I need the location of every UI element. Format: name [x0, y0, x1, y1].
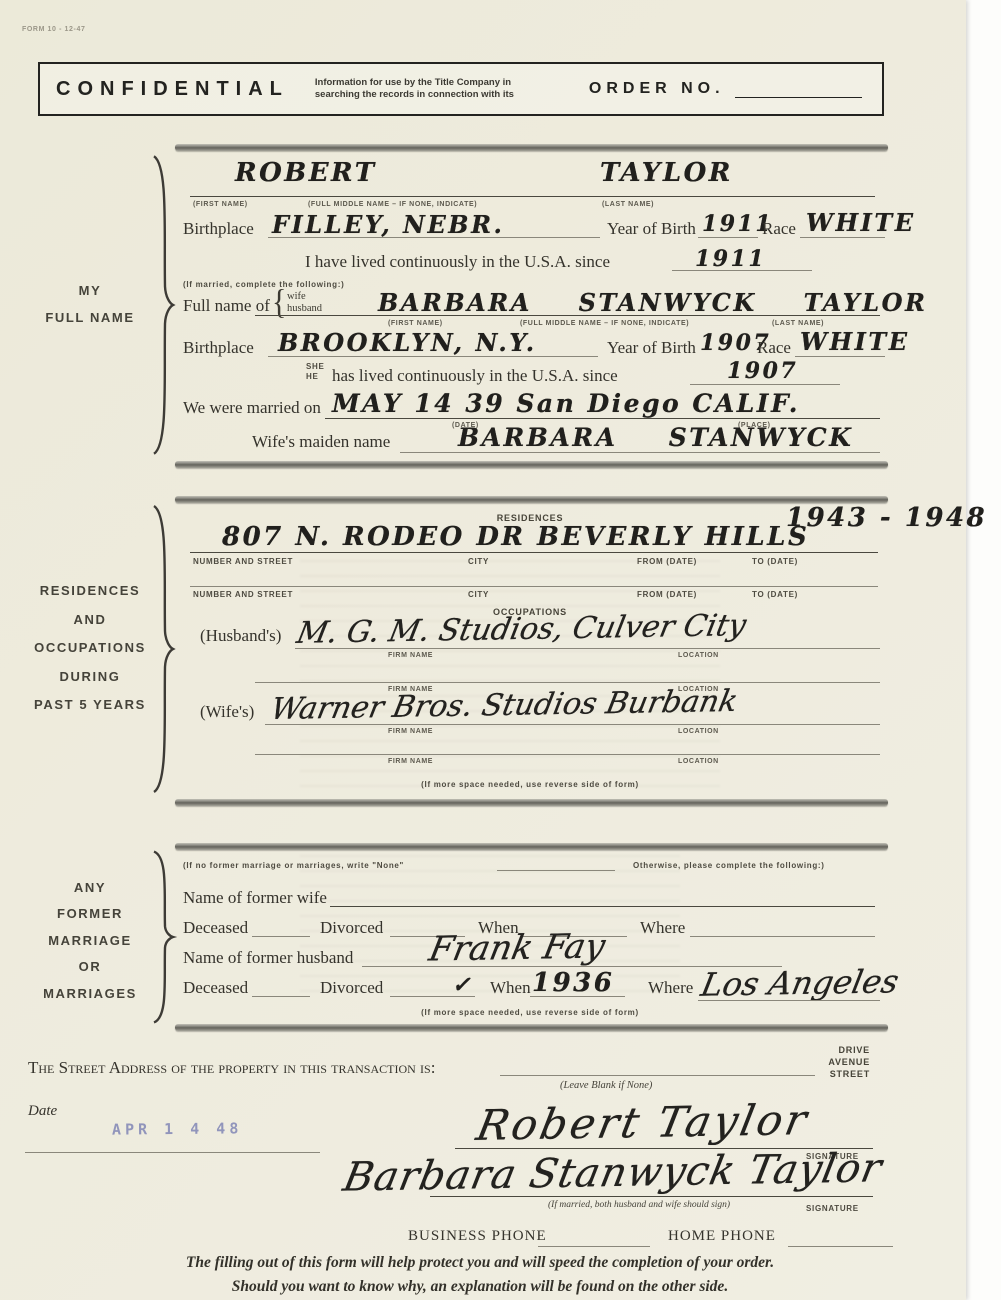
section-brace-full-name [150, 150, 176, 460]
first-name-sublabel: (FIRST NAME) [193, 201, 248, 208]
street-address-label: The Street Address of the property in th… [28, 1058, 435, 1078]
lived-usa-text: I have lived continuously in the U.S.A. … [305, 252, 610, 272]
where-value-handwritten: Los Angeles [698, 962, 902, 1003]
field-line [530, 996, 625, 997]
spouse-lived-since-value: 1907 [727, 358, 798, 384]
spouse-race-label: Race [757, 338, 791, 358]
spouse-last-name-sublabel: (LAST NAME) [772, 320, 824, 327]
field-line [698, 1000, 880, 1001]
street-type-drive: DRIVE [815, 1044, 870, 1056]
lived-usa-since-value: 1911 [695, 246, 766, 272]
footer-line-2: Should you want to know why, an explanat… [80, 1278, 880, 1296]
spouse-first-name-sublabel: (FIRST NAME) [388, 320, 443, 327]
firm-name-sublabel-4: FIRM NAME [388, 758, 433, 765]
deceased-label-2: Deceased [183, 978, 248, 998]
confidential-note: Information for use by the Title Company… [315, 77, 567, 102]
field-line [268, 237, 600, 238]
footer-line-1: The filling out of this form will help p… [80, 1254, 880, 1272]
husband-word: husband [287, 303, 322, 314]
divorced-label-1: Divorced [320, 918, 383, 938]
maiden-name-label: Wife's maiden name [252, 432, 390, 452]
residence-address-handwritten: 807 N. RODEO DR BEVERLY HILLS [222, 522, 809, 552]
field-line [295, 648, 880, 649]
sidebar-residences-3: OCCUPATIONS [25, 640, 155, 655]
spouse-lived-text: has lived continuously in the U.S.A. sin… [332, 366, 618, 386]
sidebar-residences-1: RESIDENCES [25, 583, 155, 598]
signature-line [430, 1196, 873, 1197]
field-line [500, 1075, 815, 1076]
col-number-street-1: NUMBER AND STREET [193, 557, 293, 566]
husband-occupation-label: (Husband's) [200, 626, 281, 646]
married-on-value: MAY 14 39 San Diego CALIF. [332, 389, 800, 418]
field-line [255, 682, 880, 683]
signature-label-2: SIGNATURE [806, 1204, 859, 1213]
race-value: WHITE [806, 208, 916, 237]
sidebar-former-4: OR [25, 959, 155, 974]
spouse-year-of-birth-label: Year of Birth [607, 338, 696, 358]
field-line [538, 1246, 650, 1247]
married-on-label: We were married on [183, 398, 321, 418]
sidebar-residences-4: DURING [25, 669, 155, 684]
wife-husband-brace: { [272, 283, 286, 322]
former-husband-label: Name of former husband [183, 948, 353, 968]
confidential-note-line1: Information for use by the Title Company… [315, 77, 511, 88]
field-line [672, 270, 812, 271]
home-phone-label: HOME PHONE [668, 1228, 776, 1245]
field-line [690, 936, 875, 937]
he-word: HE [306, 372, 319, 381]
firm-name-sublabel-1: FIRM NAME [388, 652, 433, 659]
col-from-date-2: FROM (DATE) [637, 590, 697, 599]
full-name-of-label: Full name of [183, 296, 270, 316]
maiden-name-value: BARBARA STANWYCK [458, 423, 853, 452]
deceased-label-1: Deceased [183, 918, 248, 938]
field-line [690, 384, 840, 385]
col-city-2: CITY [468, 590, 489, 599]
more-space-note-residences: (If more space needed, use reverse side … [360, 780, 700, 789]
street-type-avenue: AVENUE [815, 1056, 870, 1068]
field-line [788, 1246, 893, 1247]
when-value-handwritten: 1936 [532, 968, 614, 998]
field-line [190, 586, 878, 587]
col-number-street-2: NUMBER AND STREET [193, 590, 293, 599]
section-brace-residences [150, 500, 176, 798]
spouse-birthplace-label: Birthplace [183, 338, 254, 358]
wife-occupation-label: (Wife's) [200, 702, 254, 722]
field-line [268, 356, 598, 357]
location-sublabel-1: LOCATION [678, 652, 719, 659]
spouse-race-value: WHITE [800, 327, 910, 356]
field-line [252, 996, 310, 997]
year-of-birth-label: Year of Birth [607, 219, 696, 239]
separator-bar [175, 144, 888, 151]
field-line [800, 237, 885, 238]
former-husband-handwritten: Frank Fay [426, 926, 609, 969]
business-phone-label: BUSINESS PHONE [408, 1228, 547, 1245]
field-line [698, 237, 758, 238]
last-name-sublabel: (LAST NAME) [602, 201, 654, 208]
birthplace-value: FILLEY, NEBR. [272, 210, 504, 239]
scanned-form-page: FORM 10 - 12-47 CONFIDENTIAL Information… [0, 0, 966, 1300]
sidebar-label-my-full-name-2: FULL NAME [25, 310, 155, 325]
field-line [795, 356, 885, 357]
middle-name-sublabel: (FULL MIDDLE NAME – IF NONE, INDICATE) [308, 201, 477, 208]
location-sublabel-3: LOCATION [678, 728, 719, 735]
sidebar-residences-5: PAST 5 YEARS [25, 697, 155, 712]
separator-bar [175, 496, 888, 503]
birthplace-label: Birthplace [183, 219, 254, 239]
where-label-2: Where [648, 978, 693, 998]
both-sign-note: (If married, both husband and wife shoul… [548, 1200, 730, 1210]
field-line [325, 418, 880, 419]
race-label: Race [762, 219, 796, 239]
spouse-birthplace-value: BROOKLYN, N.Y. [278, 328, 537, 357]
field-line [400, 452, 880, 453]
confidential-header-box: CONFIDENTIAL Information for use by the … [38, 62, 884, 116]
field-line [255, 315, 880, 316]
field-line [265, 724, 880, 725]
divorced-label-2: Divorced [320, 978, 383, 998]
sidebar-residences-2: AND [25, 612, 155, 627]
order-no-line [735, 81, 862, 98]
leave-blank-note: (Leave Blank if None) [560, 1080, 652, 1091]
firm-name-sublabel-3: FIRM NAME [388, 728, 433, 735]
she-word: SHE [306, 362, 325, 371]
confidential-title: CONFIDENTIAL [56, 78, 289, 101]
date-stamp: APR 1 4 48 [112, 1119, 242, 1138]
date-label: Date [28, 1103, 57, 1120]
separator-bar [175, 1024, 888, 1031]
if-married-note: (If married, complete the following:) [183, 280, 344, 289]
former-marriage-intro-left: (If no former marriage or marriages, wri… [183, 861, 404, 870]
section-brace-former-marriage [150, 848, 176, 1026]
field-line [255, 754, 880, 755]
spouse-middle-name-sublabel: (FULL MIDDLE NAME – IF NONE, INDICATE) [520, 320, 689, 327]
field-line [190, 552, 878, 553]
wife-signature-handwritten: Barbara Stanwyck Taylor [340, 1145, 887, 1200]
spouse-name-handwritten: BARBARA STANWYCK TAYLOR [378, 288, 927, 317]
col-to-date-1: TO (DATE) [752, 557, 798, 566]
residence-dates-handwritten: 1943 - 1948 [786, 503, 987, 533]
former-marriage-intro-right: Otherwise, please complete the following… [633, 861, 825, 870]
where-label-1: Where [640, 918, 685, 938]
last-name-handwritten: TAYLOR [600, 158, 733, 188]
field-line [390, 996, 475, 997]
field-line [330, 906, 875, 907]
husband-signature-handwritten: Robert Taylor [473, 1095, 814, 1150]
col-city-1: CITY [468, 557, 489, 566]
col-to-date-2: TO (DATE) [752, 590, 798, 599]
separator-bar [175, 461, 888, 468]
wife-word: wife [287, 291, 306, 302]
col-from-date-1: FROM (DATE) [637, 557, 697, 566]
field-line [190, 196, 875, 197]
form-number: FORM 10 - 12-47 [22, 26, 85, 33]
sidebar-former-3: MARRIAGE [25, 933, 155, 948]
divorced-checkmark: ✓ [452, 972, 473, 998]
field-line [252, 936, 310, 937]
sidebar-former-1: ANY [25, 880, 155, 895]
former-wife-label: Name of former wife [183, 888, 327, 908]
order-no-label: ORDER NO. [589, 80, 725, 98]
street-type-street: STREET [815, 1068, 870, 1080]
field-line [497, 870, 615, 871]
more-space-note-former: (If more space needed, use reverse side … [360, 1008, 700, 1017]
location-sublabel-4: LOCATION [678, 758, 719, 765]
sidebar-former-5: MARRIAGES [25, 986, 155, 1001]
field-line [25, 1152, 320, 1153]
first-name-handwritten: ROBERT [235, 158, 377, 188]
separator-bar [175, 843, 888, 850]
separator-bar [175, 799, 888, 806]
sidebar-former-2: FORMER [25, 906, 155, 921]
when-label-2: When [490, 978, 531, 998]
sidebar-label-my-full-name-1: MY [25, 283, 155, 298]
confidential-note-line2: searching the records in connection with… [315, 89, 514, 100]
